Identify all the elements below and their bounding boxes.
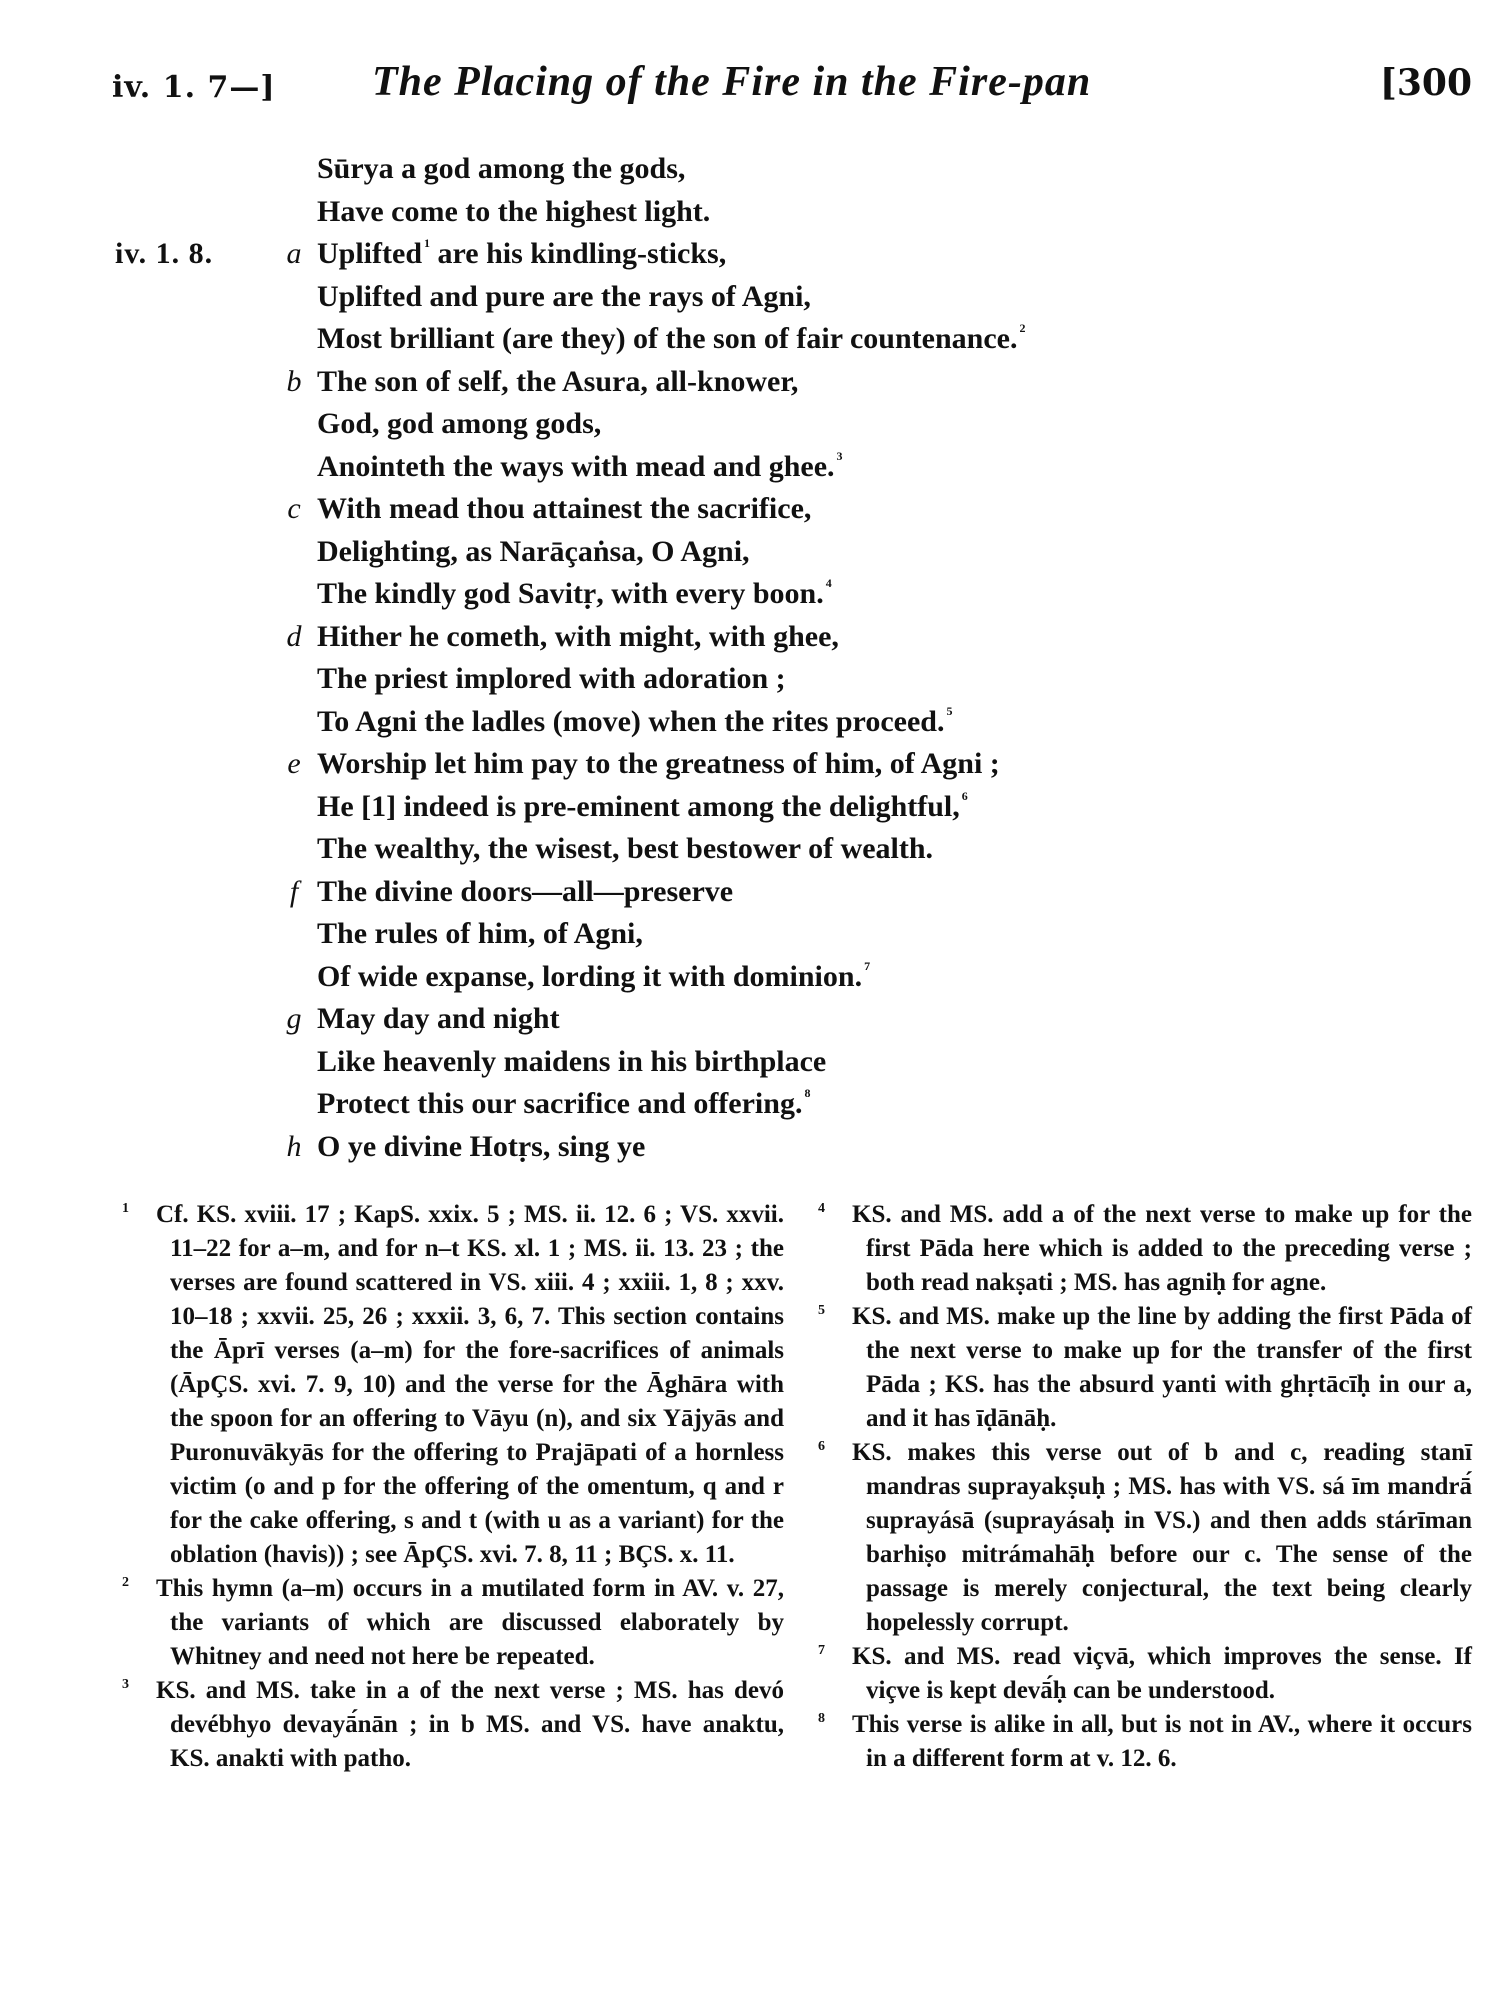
verse-text-content: The wealthy, the wisest, best bestower o… [317, 832, 933, 865]
footnotes-right-column: 4KS. and MS. add a of the next verse to … [808, 1198, 1472, 1776]
verse-text-content: are his kindling-sticks, [430, 237, 726, 270]
verse-text: Protect this our sacrifice and offering.… [317, 1083, 810, 1126]
page-number: [300 [1380, 62, 1472, 104]
footnote-marker[interactable]: 8 [804, 1086, 810, 1100]
footnote-text: KS. and MS. read viçvā, which improves t… [852, 1643, 1472, 1704]
footnote-7: 7KS. and MS. read viçvā, which improves … [808, 1640, 1472, 1708]
verse-text-content: Worship let him pay to the greatness of … [317, 747, 1000, 780]
verse-text-content: With mead thou attainest the sacrifice, [317, 492, 811, 525]
verse-text: May day and night [317, 998, 560, 1041]
verse-line: The kindly god Savitṛ, with every boon.4 [0, 573, 1500, 616]
verse-line: To Agni the ladles (move) when the rites… [0, 701, 1500, 744]
verse-line: The rules of him, of Agni, [0, 913, 1500, 956]
verse-text-content: Of wide expanse, lording it with dominio… [317, 960, 862, 993]
verse-text-content: Anointeth the ways with mead and ghee. [317, 450, 835, 483]
footnote-text: KS. and MS. make up the line by adding t… [852, 1303, 1472, 1432]
verse-letter: c [280, 488, 308, 531]
footnote-number: 3 [122, 1674, 156, 1696]
verse-letter: f [280, 871, 308, 914]
verse-text: The rules of him, of Agni, [317, 913, 643, 956]
verse-line: hO ye divine Hotṛs, sing ye [0, 1126, 1500, 1169]
verse-line: Protect this our sacrifice and offering.… [0, 1083, 1500, 1126]
verse-text: The priest implored with adoration ; [317, 658, 786, 701]
verse-line: fThe divine doors—all—preserve [0, 871, 1500, 914]
footnote-marker[interactable]: 4 [826, 576, 832, 590]
verse-text-content: May day and night [317, 1002, 560, 1035]
verse-line: Uplifted and pure are the rays of Agni, [0, 276, 1500, 319]
verse-text: Like heavenly maidens in his birthplace [317, 1041, 826, 1084]
verse-line: Delighting, as Narāçaṅsa, O Agni, [0, 531, 1500, 574]
footnote-2: 2This hymn (a–m) occurs in a mutilated f… [112, 1572, 784, 1674]
footnote-number: 7 [818, 1640, 852, 1662]
running-header: iv. 1. 7—] The Placing of the Fire in th… [112, 58, 1472, 118]
verse-line: Anointeth the ways with mead and ghee.3 [0, 446, 1500, 489]
verse-text: Most brilliant (are they) of the son of … [317, 318, 1025, 361]
verse-text: Uplifted and pure are the rays of Agni, [317, 276, 811, 319]
footnote-marker[interactable]: 2 [1019, 321, 1025, 335]
footnote-number: 8 [818, 1708, 852, 1730]
verse-letter: h [280, 1126, 308, 1169]
verse-text: Uplifted1 are his kindling-sticks, [317, 233, 726, 276]
footnote-number: 6 [818, 1436, 852, 1458]
verse-letter: e [280, 743, 308, 786]
verse-letter: a [280, 233, 308, 276]
footnote-marker[interactable]: 7 [864, 959, 870, 973]
verse-text: Anointeth the ways with mead and ghee.3 [317, 446, 843, 489]
verse-line: cWith mead thou attainest the sacrifice, [0, 488, 1500, 531]
verse-text-content: Protect this our sacrifice and offering. [317, 1087, 802, 1120]
verse-text: The wealthy, the wisest, best bestower o… [317, 828, 933, 871]
footnote-6: 6KS. makes this verse out of b and c, re… [808, 1436, 1472, 1640]
verse-text-content: The divine doors—all—preserve [317, 875, 733, 908]
footnote-text: KS. and MS. take in a of the next verse … [156, 1677, 784, 1772]
footnote-8: 8This verse is alike in all, but is not … [808, 1708, 1472, 1776]
verse-text: The kindly god Savitṛ, with every boon.4 [317, 573, 832, 616]
verse-text-content: God, god among gods, [317, 407, 601, 440]
footnote-marker[interactable]: 5 [946, 704, 952, 718]
verse-text-content: Delighting, as Narāçaṅsa, O Agni, [317, 535, 750, 568]
verse-text-content: Uplifted [317, 237, 422, 270]
page-title: The Placing of the Fire in the Fire-pan [372, 58, 1091, 106]
footnotes-left-column: 1Cf. KS. xviii. 17 ; KapS. xxix. 5 ; MS.… [112, 1198, 784, 1776]
verse-letter: b [280, 361, 308, 404]
verse-text-content: The son of self, the Asura, all-knower, [317, 365, 798, 398]
running-reference: iv. 1. 7—] [112, 70, 276, 105]
verse-line: The priest implored with adoration ; [0, 658, 1500, 701]
footnote-marker[interactable]: 3 [837, 449, 843, 463]
verse-text-content: Sūrya a god among the gods, [317, 152, 685, 185]
verse-letter: d [280, 616, 308, 659]
verse-text-content: Uplifted and pure are the rays of Agni, [317, 280, 811, 313]
verse-text: The son of self, the Asura, all-knower, [317, 361, 798, 404]
verse-line: The wealthy, the wisest, best bestower o… [0, 828, 1500, 871]
verse-text: O ye divine Hotṛs, sing ye [317, 1126, 645, 1169]
verse-text-content: O ye divine Hotṛs, sing ye [317, 1130, 645, 1163]
footnote-3: 3KS. and MS. take in a of the next verse… [112, 1674, 784, 1776]
verse-line: bThe son of self, the Asura, all-knower, [0, 361, 1500, 404]
footnote-text: This verse is alike in all, but is not i… [852, 1711, 1472, 1772]
verse-text: Of wide expanse, lording it with dominio… [317, 956, 870, 999]
verse-text: With mead thou attainest the sacrifice, [317, 488, 811, 531]
verse-line: iv. 1. 8.aUplifted1 are his kindling-sti… [0, 233, 1500, 276]
verse-text-content: He [1] indeed is pre-eminent among the d… [317, 790, 960, 823]
verse-text: Hither he cometh, with might, with ghee, [317, 616, 839, 659]
verse-line: Have come to the highest light. [0, 191, 1500, 234]
verse-text-content: The rules of him, of Agni, [317, 917, 643, 950]
verse-line: gMay day and night [0, 998, 1500, 1041]
verse-text-content: Like heavenly maidens in his birthplace [317, 1045, 826, 1078]
verse-text: Have come to the highest light. [317, 191, 710, 234]
verse-text-content: The priest implored with adoration ; [317, 662, 786, 695]
verse-text: He [1] indeed is pre-eminent among the d… [317, 786, 968, 829]
footnote-number: 1 [122, 1198, 156, 1220]
verse-text: Delighting, as Narāçaṅsa, O Agni, [317, 531, 750, 574]
verse-text-content: Hither he cometh, with might, with ghee, [317, 620, 839, 653]
verse-text-content: Have come to the highest light. [317, 195, 710, 228]
verse-text: Worship let him pay to the greatness of … [317, 743, 1000, 786]
verse-text: Sūrya a god among the gods, [317, 148, 685, 191]
verse-line: Most brilliant (are they) of the son of … [0, 318, 1500, 361]
footnote-text: Cf. KS. xviii. 17 ; KapS. xxix. 5 ; MS. … [156, 1201, 784, 1568]
footnote-5: 5KS. and MS. make up the line by adding … [808, 1300, 1472, 1436]
verse-line: dHither he cometh, with might, with ghee… [0, 616, 1500, 659]
footnote-text: KS. makes this verse out of b and c, rea… [852, 1439, 1472, 1636]
verse-line: God, god among gods, [0, 403, 1500, 446]
footnote-text: This hymn (a–m) occurs in a mutilated fo… [156, 1575, 784, 1670]
footnote-marker[interactable]: 6 [962, 789, 968, 803]
verse-letter: g [280, 998, 308, 1041]
verse-line: eWorship let him pay to the greatness of… [0, 743, 1500, 786]
verse-line: Of wide expanse, lording it with dominio… [0, 956, 1500, 999]
verse-text-content: The kindly god Savitṛ, with every boon. [317, 577, 824, 610]
footnote-number: 4 [818, 1198, 852, 1220]
footnote-1: 1Cf. KS. xviii. 17 ; KapS. xxix. 5 ; MS.… [112, 1198, 784, 1572]
footnote-text: KS. and MS. add a of the next verse to m… [852, 1201, 1472, 1296]
verse-text: God, god among gods, [317, 403, 601, 446]
verse-ref: iv. 1. 8. [115, 233, 213, 276]
footnote-number: 5 [818, 1300, 852, 1322]
verse-text-content: To Agni the ladles (move) when the rites… [317, 705, 944, 738]
verse-text: The divine doors—all—preserve [317, 871, 733, 914]
verse-block: Sūrya a god among the gods, Have come to… [0, 148, 1500, 1168]
verse-line: Like heavenly maidens in his birthplace [0, 1041, 1500, 1084]
verse-line: Sūrya a god among the gods, [0, 148, 1500, 191]
footnote-4: 4KS. and MS. add a of the next verse to … [808, 1198, 1472, 1300]
verse-line: He [1] indeed is pre-eminent among the d… [0, 786, 1500, 829]
footnote-number: 2 [122, 1572, 156, 1594]
verse-text-content: Most brilliant (are they) of the son of … [317, 322, 1017, 355]
verse-text: To Agni the ladles (move) when the rites… [317, 701, 952, 744]
